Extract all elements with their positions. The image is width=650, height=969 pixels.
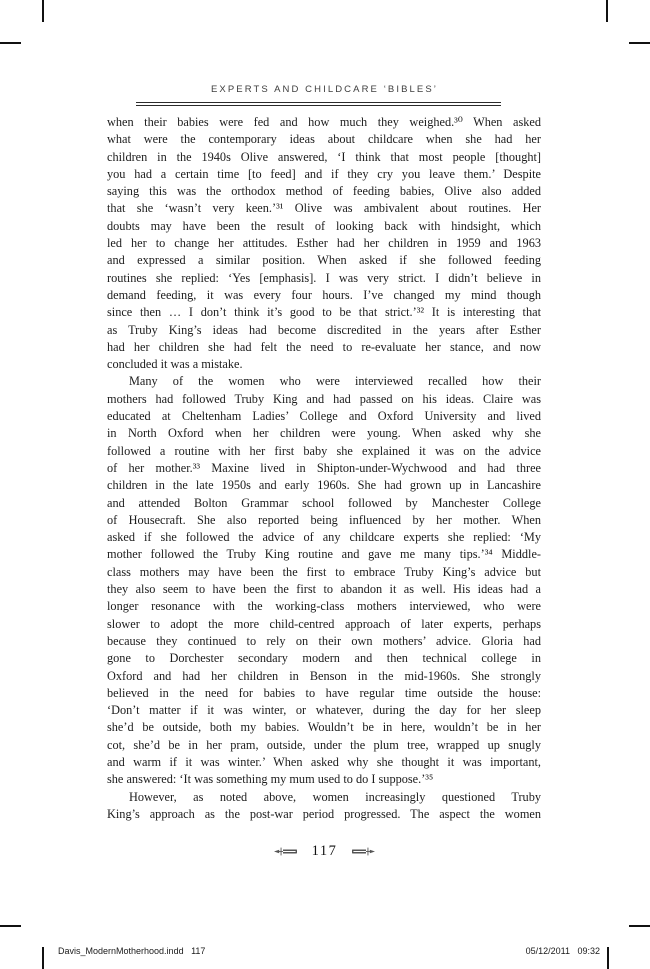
page-ornament-right-icon	[351, 847, 375, 856]
text-line: of Housecraft. She also reported being i…	[107, 512, 541, 529]
text-line: of her mother.³³ Maxine lived in Shipton…	[107, 460, 541, 477]
text-line: because they continued to rely on their …	[107, 633, 541, 650]
text-line: what were the contemporary ideas about c…	[107, 131, 541, 148]
crop-mark-top-right-horizontal	[629, 42, 650, 44]
text-line: and attended Bolton Grammar school follo…	[107, 495, 541, 512]
text-line: children in the late 1950s and early 196…	[107, 477, 541, 494]
text-line: concluded it was a mistake.	[107, 356, 541, 373]
slug-timestamp: 05/12/2011 09:32	[526, 946, 600, 956]
paragraph: However, as noted above, women increasin…	[107, 789, 541, 824]
text-line: in North Oxford when her children were y…	[107, 425, 541, 442]
text-block: when their babies were fed and how much …	[107, 114, 541, 823]
text-line: and warm if it was winter.’ When asked w…	[107, 754, 541, 771]
crop-mark-top-left-horizontal	[0, 42, 21, 44]
text-line: demand feeding, it was every four hours.…	[107, 287, 541, 304]
text-line: However, as noted above, women increasin…	[107, 789, 541, 806]
book-proof-page: EXPERTS AND CHILDCARE ‘BIBLES’ when thei…	[0, 0, 650, 969]
text-line: she answered: ‘It was something my mum u…	[107, 771, 541, 788]
text-line: cot, she’d be in her pram, outside, unde…	[107, 737, 541, 754]
text-line: since then … I don’t think it’s good to …	[107, 304, 541, 321]
slug-filename: Davis_ModernMotherhood.indd 117	[58, 946, 205, 956]
crop-mark-top-left-vertical	[42, 0, 44, 22]
text-line: followed a routine with her first baby s…	[107, 443, 541, 460]
text-line: slower to adopt the more child-centred a…	[107, 616, 541, 633]
text-line: and expressed a similar position. When a…	[107, 252, 541, 269]
text-line: she’d be outside, both my babies. Wouldn…	[107, 719, 541, 736]
text-line: Many of the women who were interviewed r…	[107, 373, 541, 390]
text-line: mother followed the Truby King routine a…	[107, 546, 541, 563]
running-header: EXPERTS AND CHILDCARE ‘BIBLES’	[107, 84, 542, 95]
text-line: King’s approach as the post-war period p…	[107, 806, 541, 823]
paragraph: when their babies were fed and how much …	[107, 114, 541, 373]
header-double-rule	[136, 102, 501, 106]
text-line: doubts may have been the result of looki…	[107, 218, 541, 235]
text-line: led her to change her attitudes. Esther …	[107, 235, 541, 252]
text-line: you had a certain time [to feed] and if …	[107, 166, 541, 183]
crop-mark-bottom-left-horizontal	[0, 925, 21, 927]
text-line: asked if she followed the advice of any …	[107, 529, 541, 546]
text-line: class mothers may have been the first to…	[107, 564, 541, 581]
crop-mark-top-right-vertical	[606, 0, 608, 22]
crop-mark-bottom-left-vertical	[42, 947, 44, 969]
crop-mark-bottom-right-horizontal	[629, 925, 650, 927]
text-line: children in the 1940s Olive answered, ‘I…	[107, 149, 541, 166]
text-line: that she ‘wasn’t very keen.’³¹ Olive was…	[107, 200, 541, 217]
text-line: longer resonance with the working-class …	[107, 598, 541, 615]
text-line: ‘Don’t matter if it was winter, or whate…	[107, 702, 541, 719]
paragraph: Many of the women who were interviewed r…	[107, 373, 541, 788]
text-line: when their babies were fed and how much …	[107, 114, 541, 131]
text-line: gone to Dorchester secondary modern and …	[107, 650, 541, 667]
crop-mark-bottom-right-vertical	[607, 947, 609, 969]
text-line: believed in the need for babies to have …	[107, 685, 541, 702]
text-line: as Truby King’s ideas had become discred…	[107, 322, 541, 339]
text-line: educated at Cheltenham Ladies’ College a…	[107, 408, 541, 425]
text-line: had her children she had felt the need t…	[107, 339, 541, 356]
text-line: they also seem to have been the first to…	[107, 581, 541, 598]
text-line: routines she replied: ‘Yes [emphasis]. I…	[107, 270, 541, 287]
page-ornament-left-icon	[274, 847, 298, 856]
text-line: saying this was the orthodox method of f…	[107, 183, 541, 200]
folio-row: 117	[107, 841, 542, 861]
text-line: Oxford and had her children in Benson in…	[107, 668, 541, 685]
page-number: 117	[312, 843, 338, 860]
text-line: mothers had followed Truby King and had …	[107, 391, 541, 408]
